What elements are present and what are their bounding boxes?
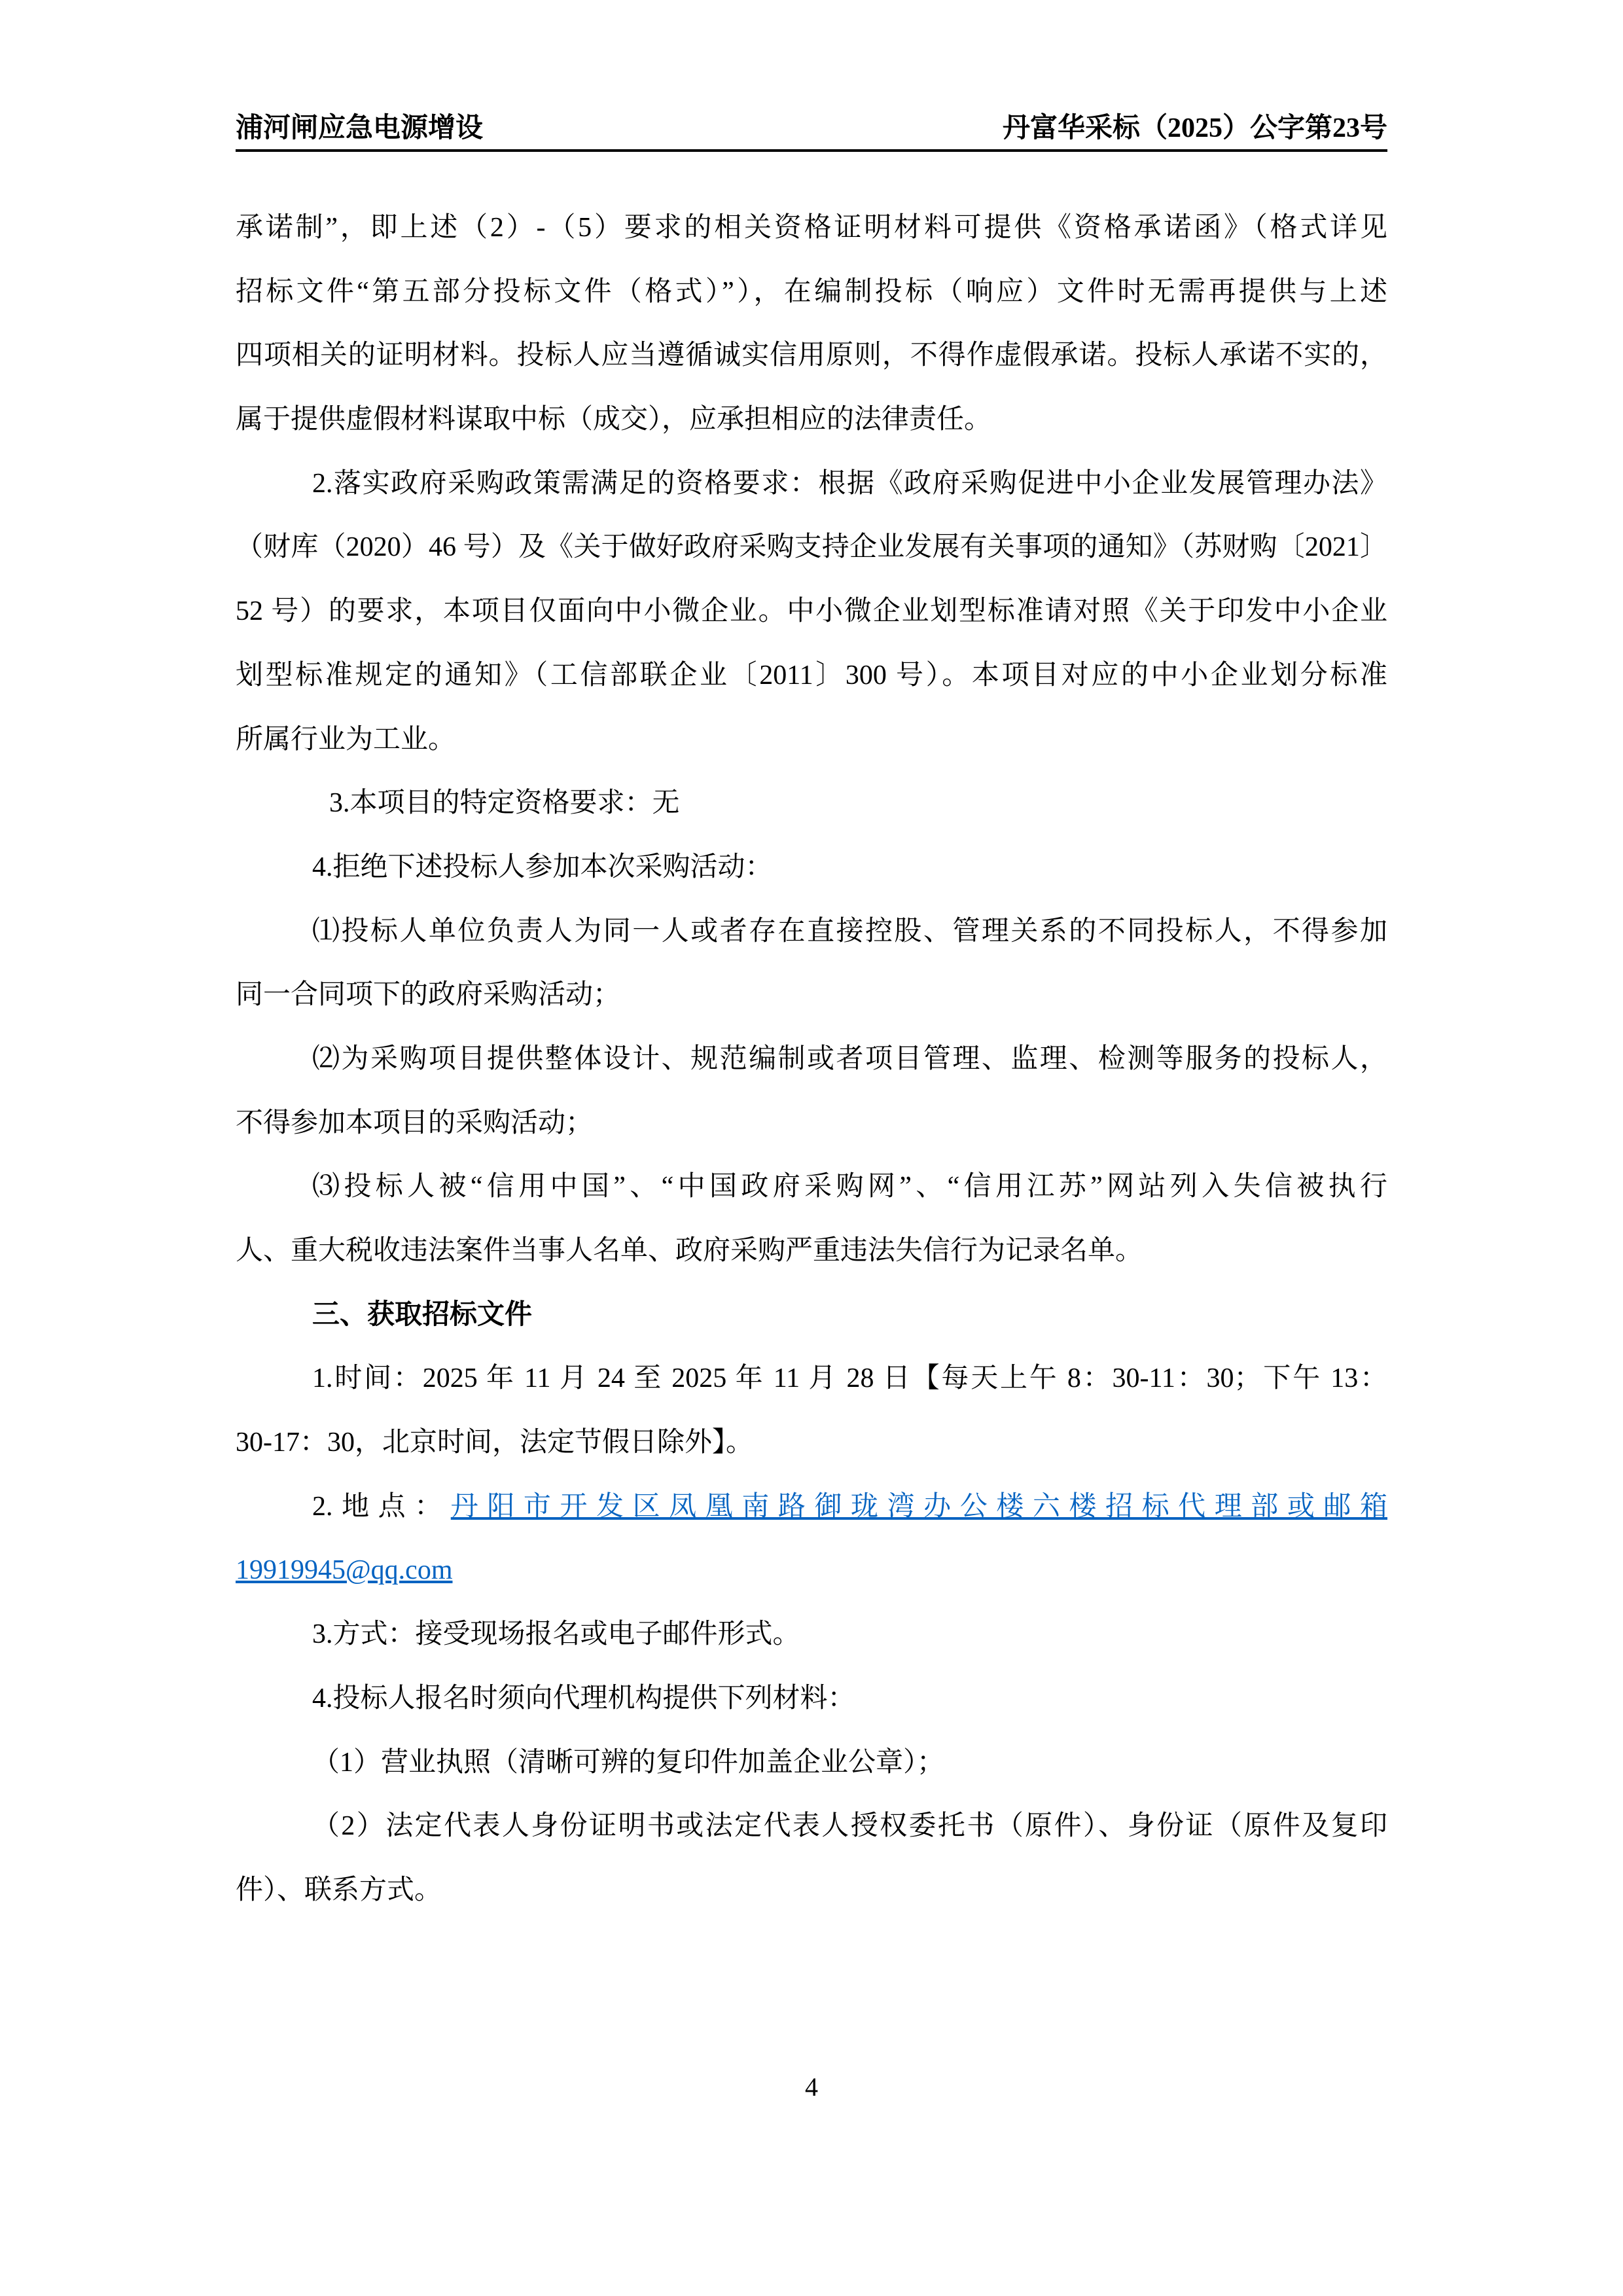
location-link[interactable]: 丹阳市开发区凤凰南路御珑湾办公楼六楼招标代理部或邮箱: [451, 1492, 1387, 1522]
location-label: 2.地点：: [312, 1492, 451, 1522]
material-item-1: （1）营业执照（清晰可辨的复印件加盖企业公章）；: [236, 1731, 1387, 1795]
location-item: 2.地点：丹阳市开发区凤凰南路御珑湾办公楼六楼招标代理部或邮箱: [236, 1475, 1387, 1539]
time-item: 1.时间：2025 年 11 月 24 至 2025 年 11 月 28 日【每…: [236, 1347, 1387, 1411]
list-item-4: 4.拒绝下述投标人参加本次采购活动：: [236, 836, 1387, 900]
page-number: 4: [0, 2072, 1623, 2103]
paragraph-line: 承诺制”，即上述（2）-（5）要求的相关资格证明材料可提供《资格承诺函》（格式详…: [236, 196, 1387, 260]
sub-item-3: ⑶投标人被“信用中国”、“中国政府采购网”、“信用江苏”网站列入失信被执行: [236, 1155, 1387, 1219]
email-link[interactable]: 19919945@qq.com: [236, 1555, 453, 1585]
method-item: 3.方式：接受现场报名或电子邮件形式。: [236, 1603, 1387, 1667]
paragraph-line: 同一合同项下的政府采购活动；: [236, 963, 1387, 1028]
paragraph-line: 四项相关的证明材料。投标人应当遵循诚实信用原则，不得作虚假承诺。投标人承诺不实的…: [236, 324, 1387, 388]
sub-item-2: ⑵为采购项目提供整体设计、规范编制或者项目管理、监理、检测等服务的投标人，: [236, 1028, 1387, 1092]
paragraph-line: 件）、联系方式。: [236, 1859, 1387, 1923]
paragraph-line: 属于提供虚假材料谋取中标（成交），应承担相应的法律责任。: [236, 388, 1387, 452]
section-heading: 三、获取招标文件: [236, 1283, 1387, 1348]
paragraph-line: 划型标准规定的通知》（工信部联企业〔2011〕300 号）。本项目对应的中小企业…: [236, 644, 1387, 708]
list-item-2: 2.落实政府采购政策需满足的资格要求：根据《政府采购促进中小企业发展管理办法》: [236, 452, 1387, 516]
header-document-number: 丹富华采标（2025）公字第23号: [1003, 113, 1387, 144]
document-page: 浦河闸应急电源增设 丹富华采标（2025）公字第23号 承诺制”，即上述（2）-…: [0, 0, 1623, 2296]
list-item-3: 3.本项目的特定资格要求：无: [236, 772, 1387, 836]
paragraph-line: （财库（2020）46 号）及《关于做好政府采购支持企业发展有关事项的通知》（苏…: [236, 516, 1387, 580]
paragraph-line: 52 号）的要求，本项目仅面向中小微企业。中小微企业划型标准请对照《关于印发中小…: [236, 580, 1387, 644]
paragraph-line: 人、重大税收违法案件当事人名单、政府采购严重违法失信行为记录名单。: [236, 1219, 1387, 1283]
page-header: 浦河闸应急电源增设 丹富华采标（2025）公字第23号: [236, 113, 1387, 152]
paragraph-line: 所属行业为工业。: [236, 708, 1387, 772]
header-project-title: 浦河闸应急电源增设: [236, 113, 483, 144]
material-item-2: （2）法定代表人身份证明书或法定代表人授权委托书（原件）、身份证（原件及复印: [236, 1795, 1387, 1859]
paragraph-line: 30-17：30，北京时间，法定节假日除外】。: [236, 1411, 1387, 1475]
email-line: 19919945@qq.com: [236, 1539, 1387, 1603]
paragraph-line: 招标文件“第五部分投标文件（格式）”），在编制投标（响应）文件时无需再提供与上述: [236, 260, 1387, 325]
sub-item-1: ⑴投标人单位负责人为同一人或者存在直接控股、管理关系的不同投标人，不得参加: [236, 900, 1387, 964]
document-body: 承诺制”，即上述（2）-（5）要求的相关资格证明材料可提供《资格承诺函》（格式详…: [236, 196, 1387, 1923]
paragraph-line: 不得参加本项目的采购活动；: [236, 1092, 1387, 1156]
materials-item: 4.投标人报名时须向代理机构提供下列材料：: [236, 1667, 1387, 1731]
